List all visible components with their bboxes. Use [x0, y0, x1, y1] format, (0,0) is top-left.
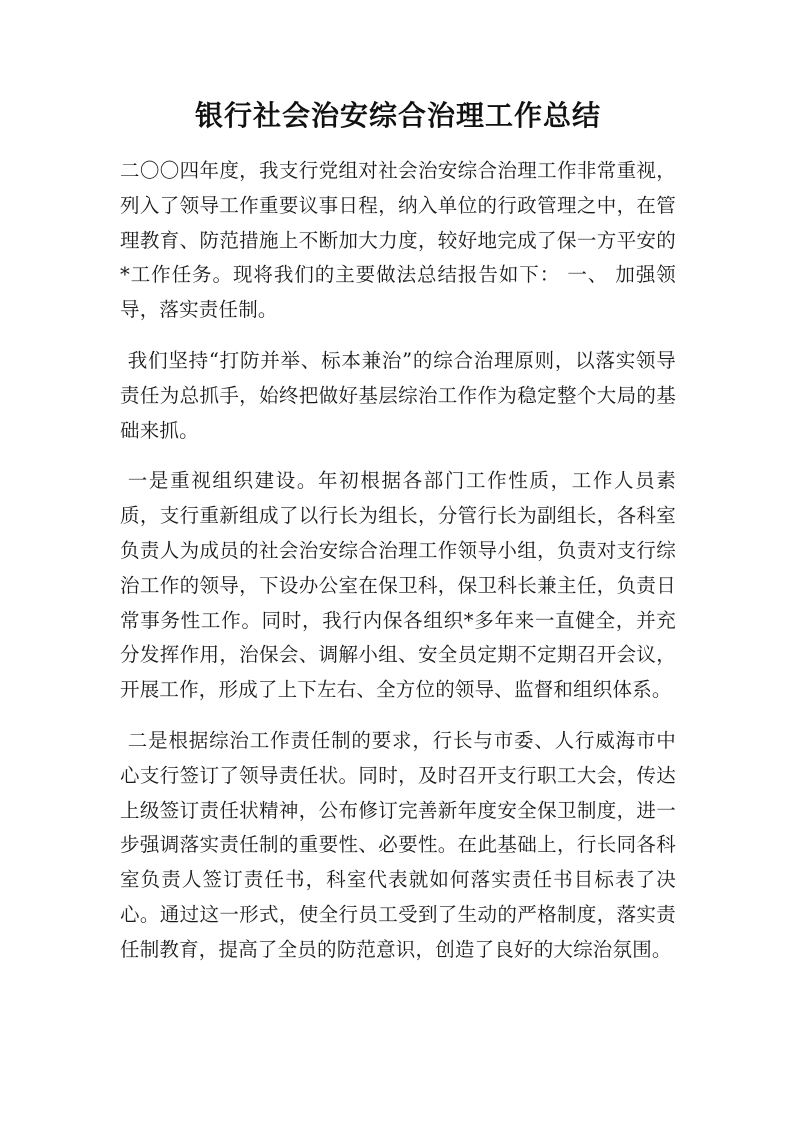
paragraph-responsibility: 二是根据综治工作责任制的要求，行长与市委、人行威海市中心支行签订了领导责任状。同… [120, 724, 676, 968]
document-page: 银行社会治安综合治理工作总结 二〇〇四年度，我支行党组对社会治安综合治理工作非常… [120, 96, 676, 984]
paragraph-organization: 一是重视组织建设。年初根据各部门工作性质，工作人员素质，支行重新组成了以行长为组… [120, 464, 676, 708]
document-title: 银行社会治安综合治理工作总结 [120, 96, 676, 136]
paragraph-principle: 我们坚持“打防并举、标本兼治”的综合治理原则，以落实领导责任为总抓手，始终把做好… [120, 344, 676, 448]
paragraph-intro: 二〇〇四年度，我支行党组对社会治安综合治理工作非常重视，列入了领导工作重要议事日… [120, 154, 676, 328]
